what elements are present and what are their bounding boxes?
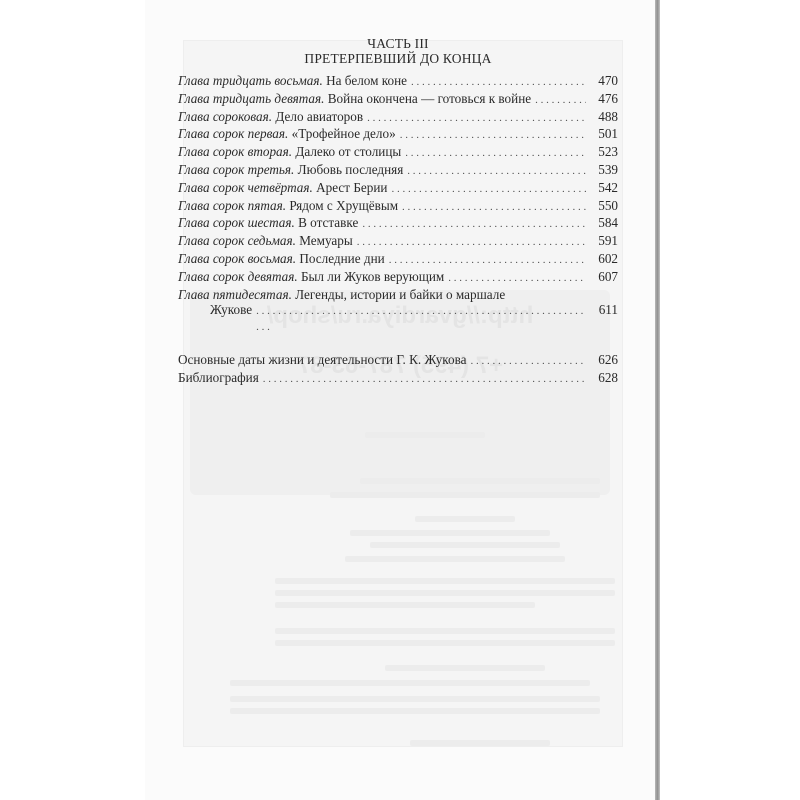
- entry-title: Основные даты жизни и деятельности Г. К.…: [178, 352, 467, 368]
- page-number: 626: [592, 352, 618, 368]
- chapter-label: Глава тридцать девятая.: [178, 91, 324, 106]
- page-number: 584: [592, 215, 618, 231]
- dot-leader: [367, 111, 586, 127]
- page-number: 470: [592, 73, 618, 89]
- toc-entry-chapter[interactable]: Глава тридцать девятая. Война окончена —…: [178, 91, 618, 109]
- entry-title: Глава сорок вторая. Далеко от столицы: [178, 144, 401, 160]
- entry-title: Глава тридцать восьмая. На белом коне: [178, 73, 407, 89]
- part-header: ЧАСТЬ III ПРЕТЕРПЕВШИЙ ДО КОНЦА: [178, 36, 618, 66]
- entry-title: Глава сорок восьмая. Последние дни: [178, 251, 385, 267]
- toc-entry-chapter-50[interactable]: Глава пятидесятая. Легенды, истории и ба…: [178, 287, 618, 303]
- entry-title: Глава сорок девятая. Был ли Жуков верующ…: [178, 269, 444, 285]
- page-number: 550: [592, 198, 618, 214]
- toc-entry-chapter[interactable]: Глава тридцать восьмая. На белом коне470: [178, 73, 618, 91]
- page-number: 488: [592, 109, 618, 125]
- dot-leader: [407, 164, 586, 180]
- page-number: 539: [592, 162, 618, 178]
- chapter-title: Любовь последняя: [298, 162, 404, 177]
- dot-leader: [402, 200, 586, 216]
- entry-title: Глава тридцать девятая. Война окончена —…: [178, 91, 531, 107]
- dot-leader: [400, 128, 586, 144]
- dot-leader: [535, 93, 586, 109]
- chapter-title: Был ли Жуков верующим: [301, 269, 444, 284]
- chapter-label: Глава сорок седьмая.: [178, 233, 296, 248]
- chapter-title: В отставке: [298, 215, 358, 230]
- toc-entry-chapter[interactable]: Глава сорок девятая. Был ли Жуков верующ…: [178, 269, 618, 287]
- chapter-label: Глава сорок вторая.: [178, 144, 292, 159]
- chapter-title: Война окончена — готовься к войне: [328, 91, 531, 106]
- chapter-title: Последние дни: [299, 251, 384, 266]
- chapter-title: Дело авиаторов: [275, 109, 363, 124]
- toc-entry-chapter[interactable]: Глава сорок третья. Любовь последняя539: [178, 162, 618, 180]
- part-number: ЧАСТЬ III: [178, 36, 618, 51]
- toc-entry-appendix[interactable]: Основные даты жизни и деятельности Г. К.…: [178, 352, 618, 370]
- dot-leader: [391, 182, 586, 198]
- page-number: 591: [592, 233, 618, 249]
- toc-entry-chapter[interactable]: Глава сорок седьмая. Мемуары591: [178, 233, 618, 251]
- page-number: 611: [592, 302, 618, 318]
- toc-entry-chapter[interactable]: Глава сорок вторая. Далеко от столицы523: [178, 144, 618, 162]
- chapter-title: Рядом с Хрущёвым: [289, 198, 398, 213]
- entry-title: Глава сорок пятая. Рядом с Хрущёвым: [178, 198, 398, 214]
- chapter-label: Глава сорок восьмая.: [178, 251, 296, 266]
- dot-leader: [357, 235, 586, 251]
- chapter-label: Глава тридцать восьмая.: [178, 73, 323, 88]
- chapter-label: Глава сороковая.: [178, 109, 272, 124]
- dot-leader: [362, 217, 586, 233]
- chapter-title: Основные даты жизни и деятельности Г. К.…: [178, 352, 467, 367]
- page-number: 523: [592, 144, 618, 160]
- toc-entry-appendix[interactable]: Библиография628: [178, 370, 618, 388]
- chapter-title: Далеко от столицы: [295, 144, 401, 159]
- table-of-contents: ЧАСТЬ III ПРЕТЕРПЕВШИЙ ДО КОНЦА Глава тр…: [178, 36, 618, 388]
- chapter-label: Глава сорок пятая.: [178, 198, 286, 213]
- dot-leader: [389, 253, 586, 269]
- page-edge: [655, 0, 660, 800]
- toc-entry-chapter[interactable]: Глава сорок первая. «Трофейное дело»501: [178, 126, 618, 144]
- page-number: 628: [592, 370, 618, 386]
- dot-leader: [411, 75, 586, 91]
- chapter-title-continued: Жукове: [210, 302, 252, 318]
- toc-entry-chapter[interactable]: Глава сорок пятая. Рядом с Хрущёвым550: [178, 198, 618, 216]
- chapter-title: Библиография: [178, 370, 259, 385]
- part-title: ПРЕТЕРПЕВШИЙ ДО КОНЦА: [178, 51, 618, 66]
- chapter-label: Глава пятидесятая.: [178, 287, 292, 302]
- toc-entry-chapter[interactable]: Глава сорок четвёртая. Арест Берии542: [178, 180, 618, 198]
- chapter-label: Глава сорок четвёртая.: [178, 180, 313, 195]
- chapter-list: Глава тридцать восьмая. На белом коне470…: [178, 73, 618, 287]
- chapter-title: На белом коне: [326, 73, 407, 88]
- entry-title: Глава сорок седьмая. Мемуары: [178, 233, 353, 249]
- dot-leader: [471, 354, 586, 370]
- chapter-label: Глава сорок третья.: [178, 162, 294, 177]
- entry-title: Глава сороковая. Дело авиаторов: [178, 109, 363, 125]
- entry-title: Глава сорок четвёртая. Арест Берии: [178, 180, 387, 196]
- entry-title: Глава сорок третья. Любовь последняя: [178, 162, 403, 178]
- chapter-title: Легенды, истории и байки о маршале: [295, 287, 505, 302]
- dot-leader: [448, 271, 586, 287]
- appendix-list: Основные даты жизни и деятельности Г. К.…: [178, 352, 618, 388]
- entry-title: Глава сорок первая. «Трофейное дело»: [178, 126, 396, 142]
- page-number: 476: [592, 91, 618, 107]
- entry-title: Библиография: [178, 370, 259, 386]
- chapter-title: «Трофейное дело»: [292, 126, 396, 141]
- entry-title: Глава сорок шестая. В отставке: [178, 215, 358, 231]
- toc-entry-chapter[interactable]: Глава сорок восьмая. Последние дни602: [178, 251, 618, 269]
- page-number: 602: [592, 251, 618, 267]
- page-number: 501: [592, 126, 618, 142]
- toc-entry-chapter-50-continued: Жукове 611: [178, 302, 618, 336]
- dot-leader: [256, 304, 586, 336]
- chapter-label: Глава сорок шестая.: [178, 215, 295, 230]
- dot-leader: [405, 146, 586, 162]
- chapter-label: Глава сорок девятая.: [178, 269, 298, 284]
- chapter-label: Глава сорок первая.: [178, 126, 288, 141]
- dot-leader: [263, 372, 586, 388]
- chapter-title: Арест Берии: [316, 180, 387, 195]
- chapter-title: Мемуары: [299, 233, 352, 248]
- page-number: 607: [592, 269, 618, 285]
- page-number: 542: [592, 180, 618, 196]
- toc-entry-chapter[interactable]: Глава сорок шестая. В отставке584: [178, 215, 618, 233]
- toc-entry-chapter[interactable]: Глава сороковая. Дело авиаторов488: [178, 109, 618, 127]
